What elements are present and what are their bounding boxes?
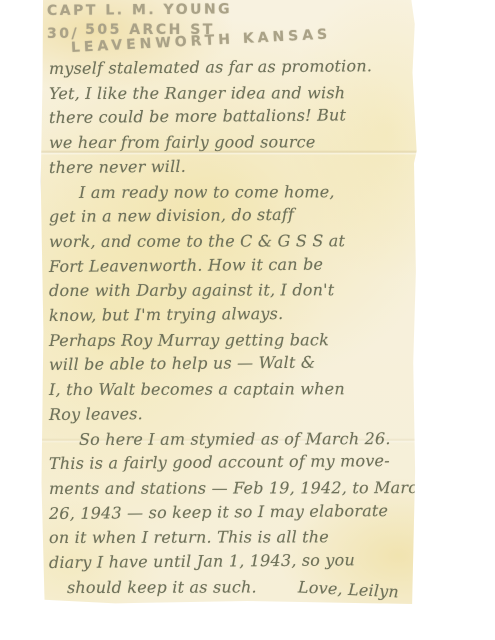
letter-line: on it when I return. This is all the [49,525,409,551]
signature: Love, Leilyn [297,575,399,605]
letter-line: we hear from fairly good source [49,130,409,156]
letter-line: I, tho Walt becomes a captain when [49,377,409,403]
letter-line: there never will. [49,153,409,181]
letter-paper: CAPT L. M. YOUNG 30/505 ARCH ST LEAVENWO… [40,0,417,604]
letter-line: know, but I'm trying always. [49,301,409,329]
letter-line: work, and come to the C & G S S at [49,229,409,255]
header-name-line: CAPT L. M. YOUNG [47,0,413,20]
letter-line: Fort Leavenworth. How it can be [49,251,409,279]
letter-line-text: should keep it as such. [67,577,257,596]
letter-line: get in a new division, do staff [49,202,409,230]
letter-line: myself stalemated as far as promotion. [49,54,409,82]
letter-line: there could be more battalions! But [49,103,409,131]
letter-line: diary I have until Jan 1, 1943, so you [49,548,409,576]
letter-line: 26, 1943 — so keep it so I may elaborate [49,499,409,527]
letter-line: This is a fairly good account of my move… [49,449,409,477]
letter-line: Roy leaves. [49,400,409,428]
letter-line: will be able to help us — Walt & [49,350,409,378]
letter-line: done with Darby against it, I don't [49,278,409,304]
letter-body: myself stalemated as far as promotion. Y… [49,57,409,600]
letter-closing-line: should keep it as such. Love, Leilyn [49,575,409,601]
letter-line: ments and stations — Feb 19, 1942, to Ma… [49,476,409,502]
letter-header: CAPT L. M. YOUNG 30/505 ARCH ST LEAVENWO… [47,2,413,57]
scan-page: CAPT L. M. YOUNG 30/505 ARCH ST LEAVENWO… [0,0,495,640]
